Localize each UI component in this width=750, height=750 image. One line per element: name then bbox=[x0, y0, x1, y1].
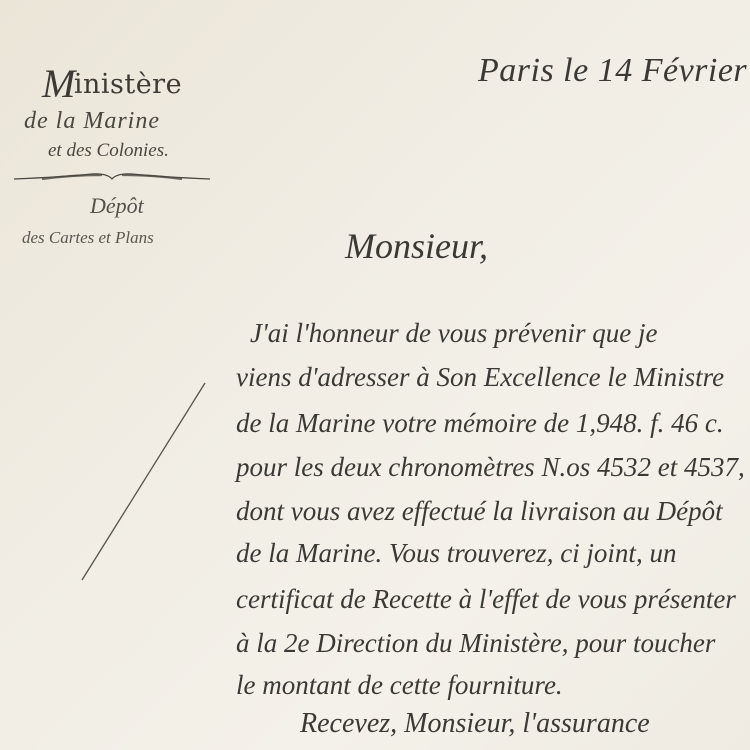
body-line: pour les deux chronomètres N.os 4532 et … bbox=[236, 452, 745, 483]
letter-page: Ministère de la Marine et des Colonies. … bbox=[0, 0, 750, 750]
margin-pen-stroke-icon bbox=[70, 375, 210, 585]
letterhead-ministry: Ministère bbox=[42, 60, 182, 107]
letterhead-marine: de la Marine bbox=[24, 108, 160, 135]
ornate-initial: M bbox=[42, 61, 76, 106]
salutation: Monsieur, bbox=[345, 225, 488, 267]
ornamental-rule-icon bbox=[12, 170, 212, 186]
letterhead-colonies: et des Colonies. bbox=[48, 140, 169, 162]
body-line: viens d'adresser à Son Excellence le Min… bbox=[236, 362, 724, 393]
dateline: Paris le 14 Février 1829. bbox=[478, 52, 750, 90]
body-line: le montant de cette fourniture. bbox=[236, 670, 563, 701]
body-line: certificat de Recette à l'effet de vous … bbox=[236, 584, 736, 615]
office-name: Dépôt bbox=[90, 193, 144, 219]
body-line: dont vous avez effectué la livraison au … bbox=[236, 496, 723, 527]
office-subtitle: des Cartes et Plans bbox=[22, 228, 154, 248]
body-line: de la Marine. Vous trouverez, ci joint, … bbox=[236, 538, 676, 569]
body-line: J'ai l'honneur de vous prévenir que je bbox=[250, 318, 657, 349]
body-line: à la 2e Direction du Ministère, pour tou… bbox=[236, 628, 715, 659]
body-line: de la Marine votre mémoire de 1,948. f. … bbox=[236, 408, 724, 439]
closing-line: Recevez, Monsieur, l'assurance bbox=[300, 708, 650, 740]
